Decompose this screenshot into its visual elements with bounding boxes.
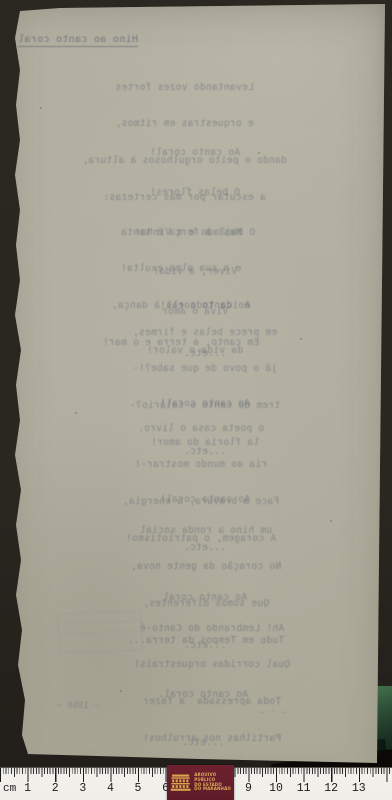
paper-speck: [258, 152, 260, 154]
footer-date-mark: — 1960 —: [24, 700, 132, 712]
logo-text-line: DO MARANHÃO: [194, 787, 231, 792]
ruler-number: 10: [269, 782, 283, 795]
paper-speck: [120, 690, 122, 692]
ruler-number: 13: [352, 782, 366, 795]
paper-speck: [300, 338, 302, 340]
stanza-line: em prece belas e firmes,: [90, 327, 320, 339]
stanza-line: um hino a ronda social: [100, 525, 312, 537]
archival-scan-photo: Hino ao canto coral Levantando vozes for…: [0, 0, 392, 800]
refrain-line: Ao canto coral.: [138, 687, 268, 703]
stanza-line: Mas! a força é tanta: [52, 227, 310, 239]
faint-stamp: [57, 611, 142, 654]
ruler-number: 1: [24, 782, 31, 795]
archive-logo: ARQUIVO PÚBLICO DO ESTADO DO MARANHÃO: [167, 765, 234, 800]
archive-logo-text: ARQUIVO PÚBLICO DO ESTADO DO MARANHÃO: [194, 773, 231, 791]
paper-speck: [330, 520, 332, 522]
ruler-number: 4: [107, 782, 114, 795]
stanza-line: Levantando vozes fortes: [62, 82, 307, 94]
refrain-etc: ...etc.: [138, 735, 268, 751]
ruler-number: 3: [79, 782, 86, 795]
paper-speck: [40, 107, 42, 109]
ruler-unit-label: cm: [3, 783, 16, 795]
stanza-line: Ao canto coral!: [120, 146, 270, 159]
ruler-number: 5: [135, 782, 142, 795]
ruler-number: 2: [52, 782, 59, 795]
palace-building-icon: [170, 770, 191, 796]
footer-dash-mark: — · —: [240, 707, 306, 719]
ruler-number: 9: [245, 782, 252, 795]
ruler-number: 12: [324, 782, 338, 795]
stanza-line: O belas flores!: [120, 186, 270, 199]
poem-title: Hino ao canto coral: [22, 34, 138, 46]
stanza-line: o poeta casa o livro.: [92, 423, 310, 435]
paper-speck: [75, 412, 77, 414]
document-paper: Hino ao canto coral Levantando vozes for…: [0, 0, 392, 800]
ruler-number: 11: [297, 782, 311, 795]
